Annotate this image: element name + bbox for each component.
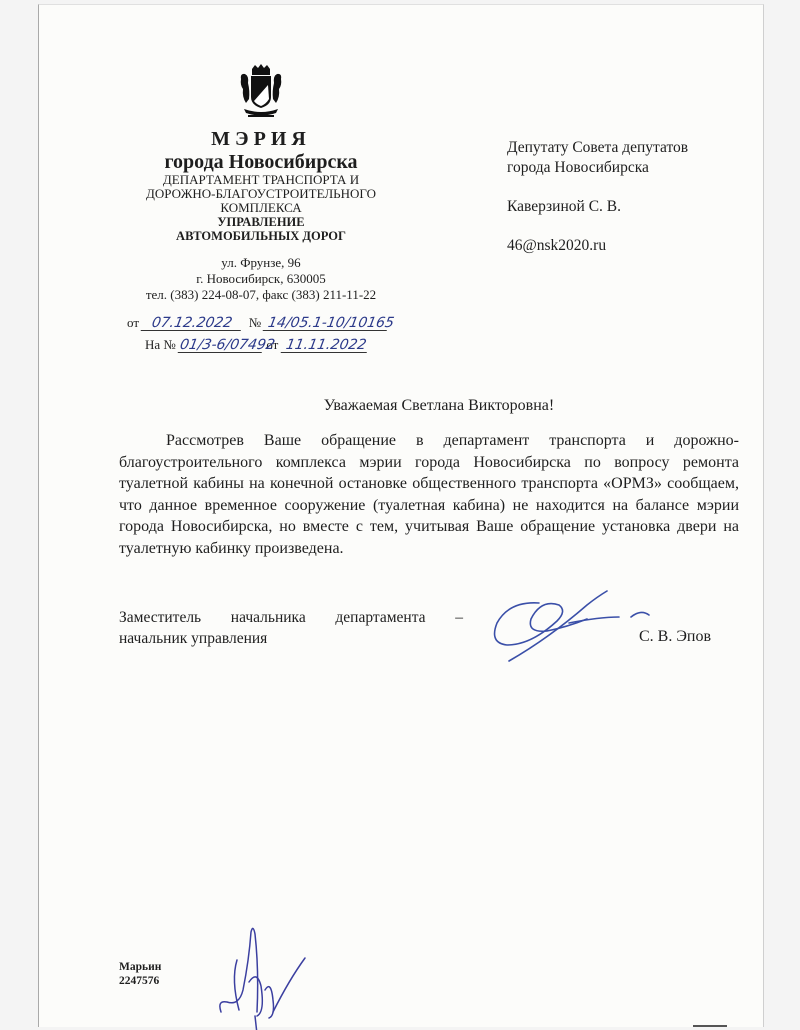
org-city: города Новосибирска	[121, 151, 401, 173]
department-line: КОМПЛЕКСА	[121, 201, 401, 215]
addressee-name: Каверзиной С. В.	[507, 197, 757, 217]
in-reply-label: На №	[145, 337, 176, 352]
division-line: АВТОМОБИЛЬНЫХ ДОРОГ	[121, 229, 401, 243]
coat-of-arms-icon	[238, 63, 284, 121]
phone-fax: тел. (383) 224-08-07, факс (383) 211-11-…	[121, 287, 401, 303]
outgoing-number: 14/05.1-10/10165	[263, 316, 390, 331]
address-city: г. Новосибирск, 630005	[121, 271, 401, 287]
signatory-title-line: Заместитель начальника департамента –	[119, 607, 463, 628]
letter-body: Рассмотрев Ваше обращение в департамент …	[119, 430, 739, 559]
address-street: ул. Фрунзе, 96	[121, 255, 401, 271]
department-line: ДОРОЖНО-БЛАГОУСТРОИТЕЛЬНОГО	[121, 187, 401, 201]
addressee-title: города Новосибирска	[507, 158, 757, 178]
scan-mark	[693, 1025, 727, 1027]
org-name: МЭРИЯ	[121, 127, 401, 151]
division-line: УПРАВЛЕНИЕ	[121, 215, 401, 229]
number-label: №	[249, 315, 261, 330]
letter-page: МЭРИЯ города Новосибирска ДЕПАРТАМЕНТ ТР…	[38, 4, 764, 1027]
in-reply-date: 11.11.2022	[280, 338, 369, 353]
department-line: ДЕПАРТАМЕНТ ТРАНСПОРТА И	[121, 173, 401, 187]
executor-name: Марьин	[119, 960, 161, 974]
salutation: Уважаемая Светлана Викторовна!	[119, 397, 759, 415]
in-reply-number: 01/3-6/07492	[178, 338, 265, 353]
signatory-name: С. В. Эпов	[639, 628, 711, 646]
outgoing-date: 07.12.2022	[141, 316, 244, 331]
addressee-title: Депутату Совета депутатов	[507, 138, 757, 158]
incoming-reference: На № 01/3-6/07492 от 11.11.2022	[145, 337, 368, 353]
from-label: от	[127, 315, 139, 330]
letterhead: МЭРИЯ города Новосибирска ДЕПАРТАМЕНТ ТР…	[121, 63, 401, 303]
executor-phone: 2247576	[119, 974, 161, 988]
addressee-email: 46@nsk2020.ru	[507, 236, 757, 256]
executor-block: Марьин 2247576	[119, 960, 161, 988]
addressee-block: Депутату Совета депутатов города Новосиб…	[507, 138, 757, 256]
address-block: ул. Фрунзе, 96 г. Новосибирск, 630005 те…	[121, 255, 401, 303]
signatory-title: Заместитель начальника департамента – на…	[119, 607, 463, 649]
outgoing-reference: от 07.12.2022 № 14/05.1-10/10165	[127, 315, 388, 331]
signatory-title-line: начальник управления	[119, 628, 463, 649]
executor-signature-icon	[209, 920, 309, 1030]
